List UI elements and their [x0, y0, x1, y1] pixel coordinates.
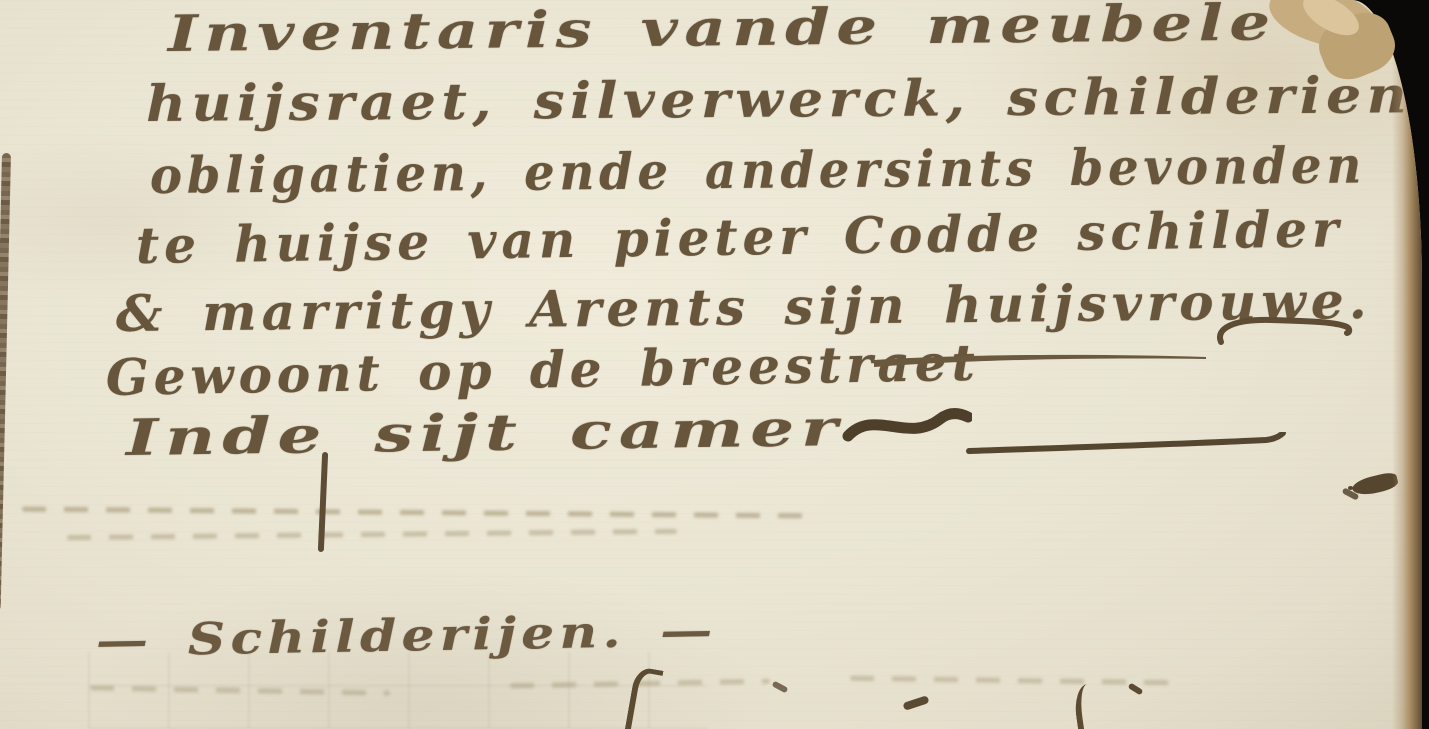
- manuscript-line: obligatien, ende andersints bevonden: [150, 135, 1367, 205]
- bleedthrough-text: [22, 492, 852, 552]
- manuscript-line: Inde sijt camer: [126, 398, 845, 467]
- manuscript-line: Inventaris vande meubele goed: [168, 0, 1422, 63]
- ink-flourish: [842, 404, 972, 452]
- page-edge: [1392, 0, 1422, 729]
- scan-background: Inventaris vande meubele goed huijsraet,…: [0, 0, 1429, 729]
- section-heading: — Schilderijen. —: [96, 605, 718, 667]
- ink-flourish: [1213, 314, 1355, 352]
- binding-gutter-line: [0, 153, 11, 611]
- line-filler-dash: [966, 432, 1288, 462]
- manuscript-line: te huijse van pieter Codde schilder: [136, 199, 1344, 275]
- manuscript-line: huijsraet, silverwerck, schilderien: [146, 65, 1413, 133]
- manuscript-page: Inventaris vande meubele goed huijsraet,…: [0, 0, 1422, 729]
- manuscript-line: Gewoont op de breestraet: [105, 333, 980, 407]
- line-filler-dash: [872, 350, 1210, 374]
- manuscript-line: & marritgy Arents sijn huijsvrouwe.: [116, 271, 1372, 343]
